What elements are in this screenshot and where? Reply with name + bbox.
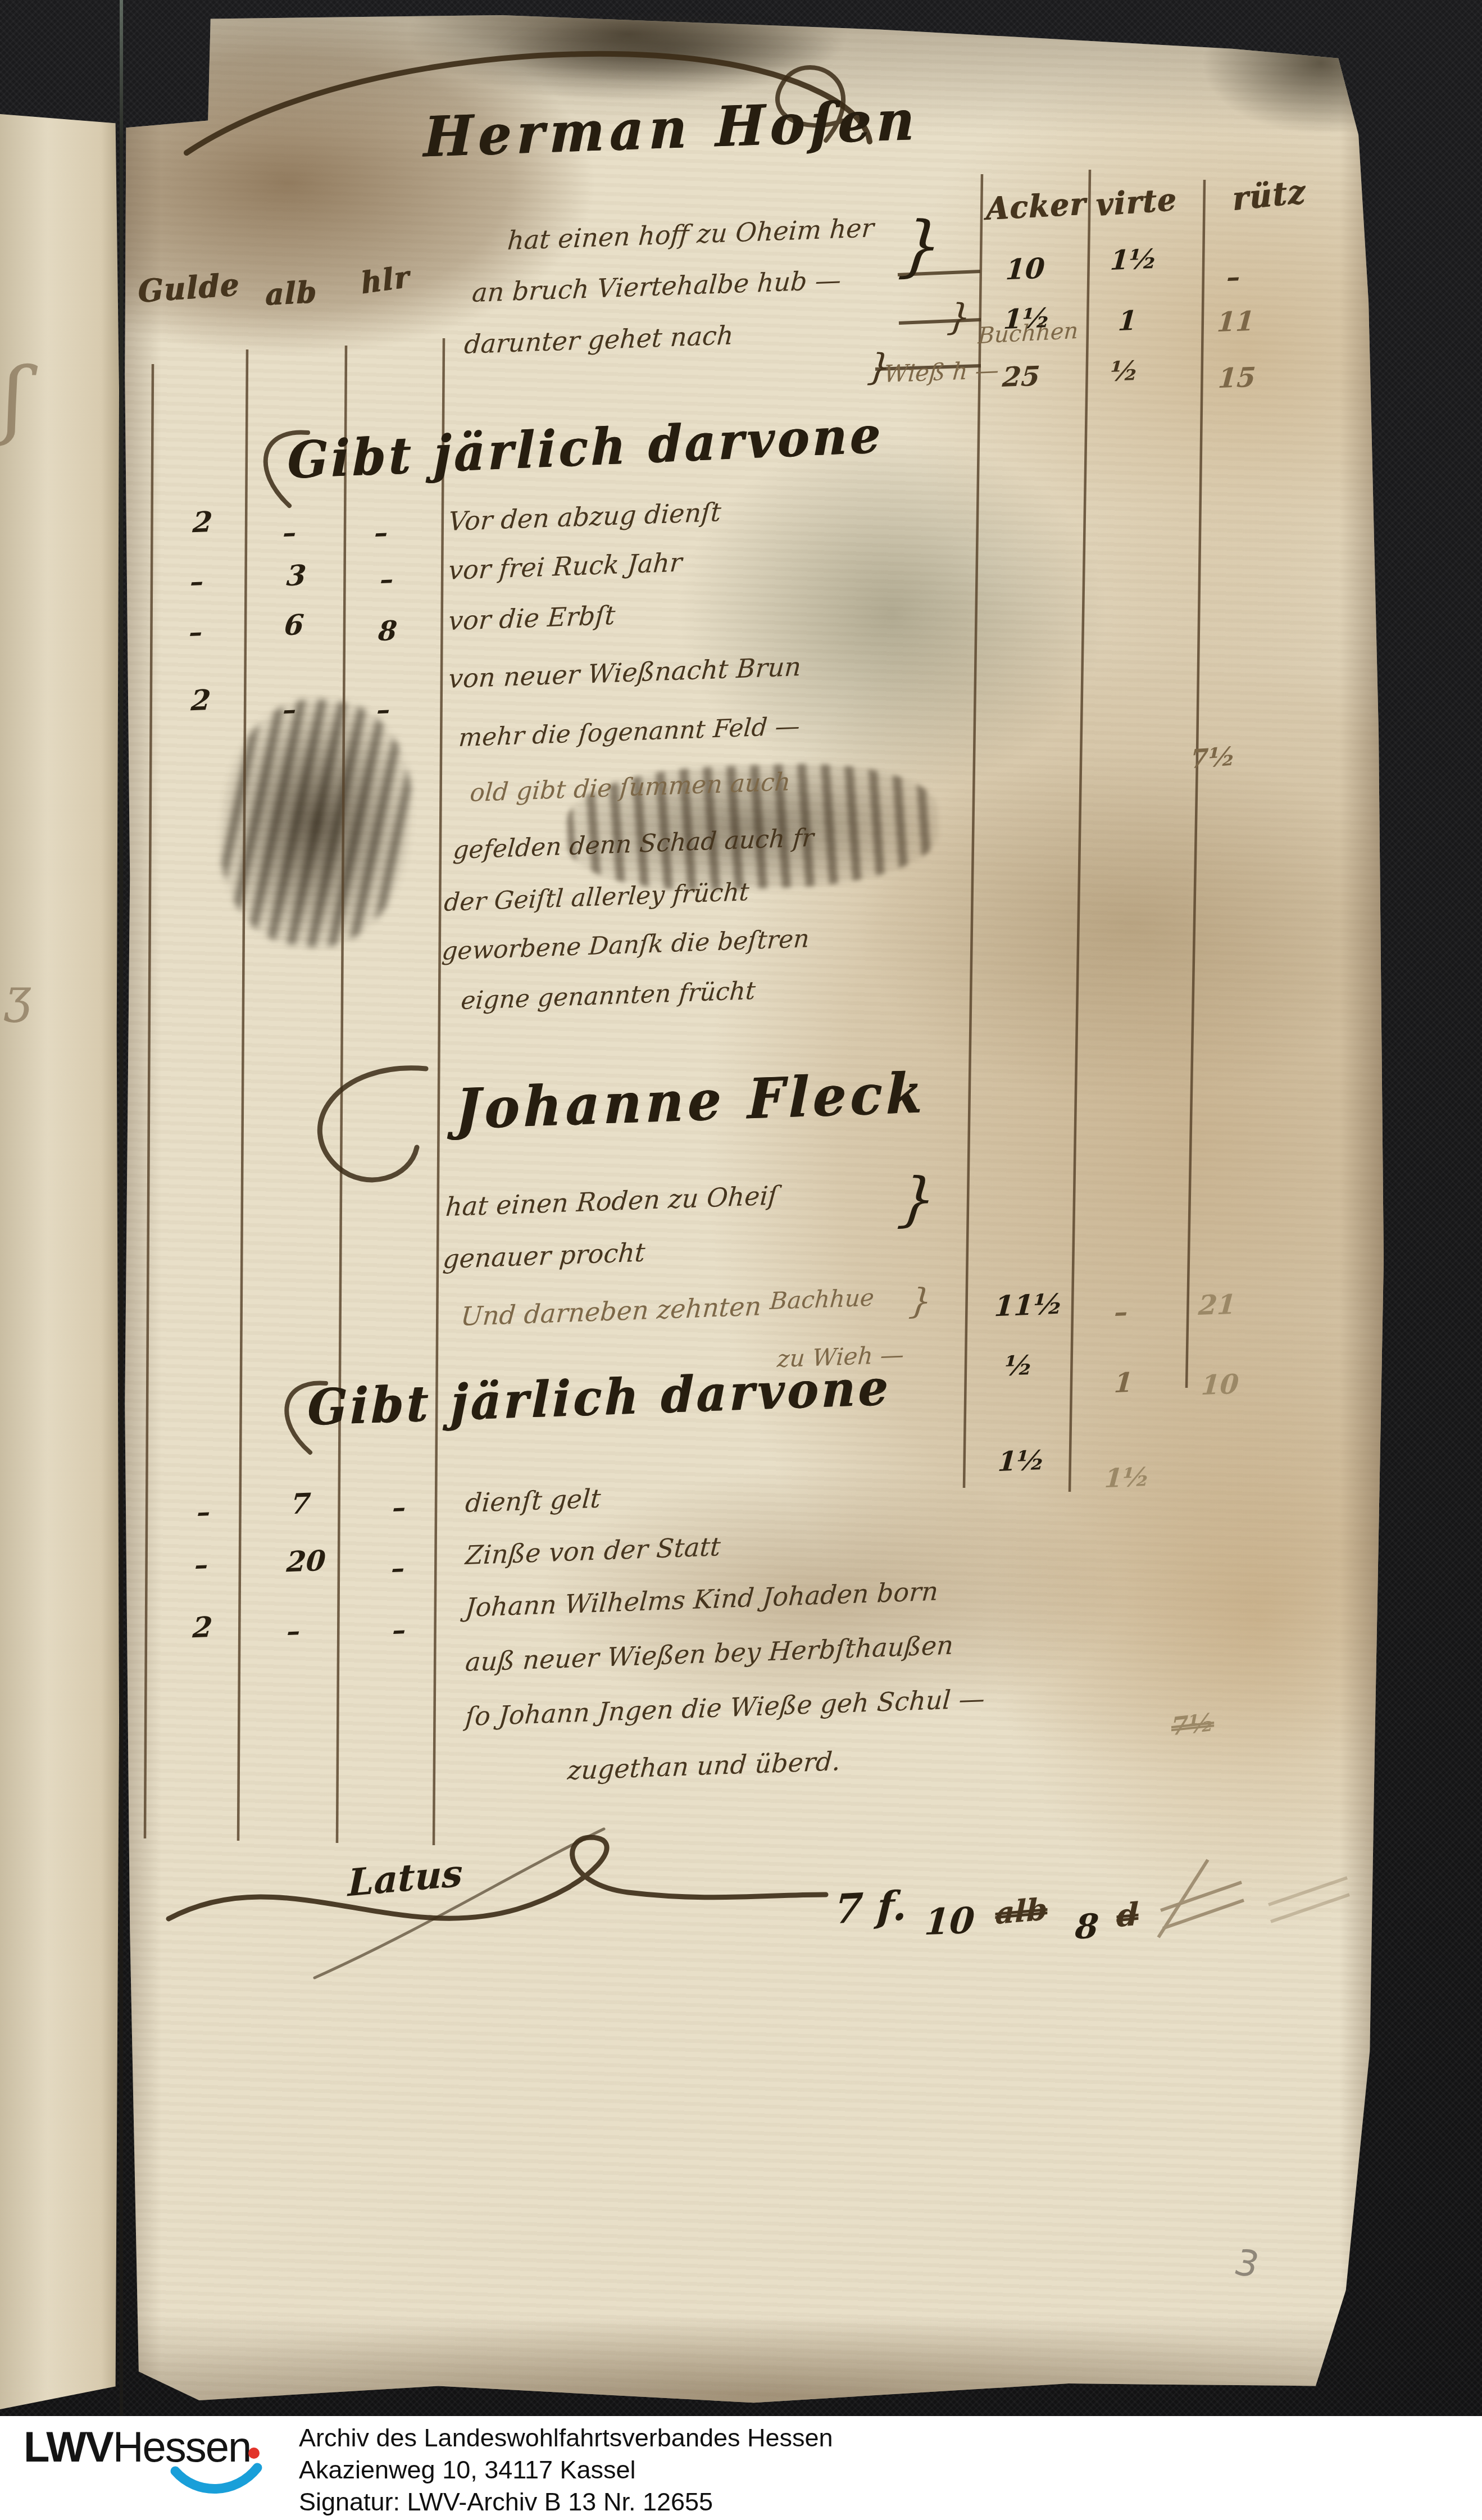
column-header-ruten: rütz — [1231, 175, 1307, 215]
column-header-gulden: Gulde — [138, 269, 240, 307]
manuscript-page — [124, 15, 1384, 2410]
albus-value: 7 — [290, 1490, 311, 1518]
sum-label: Latus — [348, 1854, 463, 1901]
viertel-value: – — [1113, 1298, 1129, 1326]
row-brace: } — [907, 1284, 933, 1319]
gulden-value: 2 — [190, 686, 211, 715]
entry1-title: Herman Hoſen — [423, 92, 920, 165]
viertel-value: 1½ — [1110, 246, 1158, 274]
albus-value: – — [282, 696, 297, 724]
sum-heller-value: 8 — [1074, 1910, 1100, 1945]
acker-value: 11½ — [993, 1290, 1063, 1320]
logo-red-dot-icon — [248, 2448, 260, 2459]
heller-value: – — [392, 1494, 407, 1522]
acker-value: 1½ — [997, 1447, 1046, 1475]
ruten-value: 21 — [1198, 1291, 1237, 1319]
albus-value: – — [286, 1618, 301, 1645]
gulden-value: – — [188, 619, 203, 646]
archive-name: Archiv des Landeswohlfahrtsverbandes Hes… — [299, 2422, 833, 2454]
albus-value: 6 — [283, 611, 304, 639]
sum-heller-unit: d — [1116, 1899, 1139, 1932]
column-header-albus: alb — [265, 277, 317, 310]
charge-row-text: vor die Erbſt — [448, 602, 616, 634]
gulden-value: – — [189, 568, 204, 596]
row-brace: } — [895, 1170, 939, 1228]
acker-value: 1½ — [1003, 305, 1052, 333]
column-header-acker: Acker — [986, 189, 1086, 225]
archive-address-block: Archiv des Landeswohlfahrtsverbandes Hes… — [299, 2422, 833, 2518]
heller-value: 8 — [378, 617, 398, 645]
ruten-value: 11 — [1216, 308, 1256, 336]
acker-value: 10 — [1004, 255, 1045, 284]
row-brace: } — [945, 299, 972, 335]
ruten-value: – — [1226, 264, 1241, 291]
column-header-virtel: virte — [1095, 184, 1177, 221]
albus-value: – — [282, 519, 297, 547]
heller-value: – — [390, 1555, 406, 1582]
ruten-value: 10 — [1201, 1371, 1240, 1399]
wiese-ruten-note: 7½ — [1171, 1710, 1214, 1740]
scanned-archive-page: ʃ ʒ — [0, 0, 1482, 2520]
sum-gulden: 7 f. — [834, 1885, 908, 1929]
viertel-value: 1 — [1117, 307, 1138, 335]
gulden-value: 2 — [192, 508, 213, 537]
entry1-intro-line: Wieß h — — [883, 358, 999, 386]
sum-albus-value: 10 — [924, 1903, 976, 1941]
logo-smile-icon — [0, 2416, 292, 2520]
albus-value: 20 — [285, 1547, 326, 1577]
row-brace: } — [897, 212, 945, 279]
underlying-page-edge: ʃ ʒ — [0, 114, 119, 2409]
ruten-value: 15 — [1217, 364, 1257, 392]
archive-footer: LWVHessen Archiv des Landeswohlfahrtsver… — [0, 2416, 1482, 2520]
row-brace: } — [866, 349, 892, 385]
ruten-value: 7½ — [1190, 743, 1235, 772]
glass-edge — [120, 0, 123, 2417]
sum-albus-unit: alb — [995, 1894, 1048, 1928]
heller-value: – — [376, 696, 391, 724]
entry2-intro-line: Bachhue — [769, 1286, 875, 1314]
heller-value: – — [374, 519, 389, 547]
margin-flourish: ʃ — [2, 350, 25, 448]
margin-flourish: ʒ — [4, 968, 31, 1023]
gulden-value: – — [194, 1551, 209, 1579]
viertel-value: 1½ — [1104, 1464, 1151, 1491]
charge-row-text: vor frei Ruck Jahr — [448, 549, 683, 583]
charge-row-text: dienſt gelt — [465, 1486, 602, 1516]
entry2-title: Johanne Fleck — [455, 1065, 927, 1137]
heller-value: – — [392, 1617, 407, 1644]
gulden-value: 2 — [192, 1613, 213, 1642]
viertel-value: ½ — [1110, 357, 1139, 385]
logo-blue-swoosh-icon — [175, 2468, 257, 2489]
viertel-value: 1 — [1113, 1369, 1134, 1397]
acker-value: 25 — [1002, 363, 1041, 391]
gulden-value: – — [196, 1499, 211, 1526]
heller-value: – — [379, 566, 394, 593]
entry2-intro-line: genauer procht — [442, 1239, 646, 1272]
archive-signature: Signatur: LWV-Archiv B 13 Nr. 12655 — [299, 2486, 833, 2518]
column-header-heller: hlr — [360, 262, 411, 299]
archive-street: Akazienweg 10, 34117 Kassel — [299, 2454, 833, 2486]
albus-value: 3 — [285, 561, 307, 590]
acker-value: ½ — [1004, 1352, 1034, 1380]
